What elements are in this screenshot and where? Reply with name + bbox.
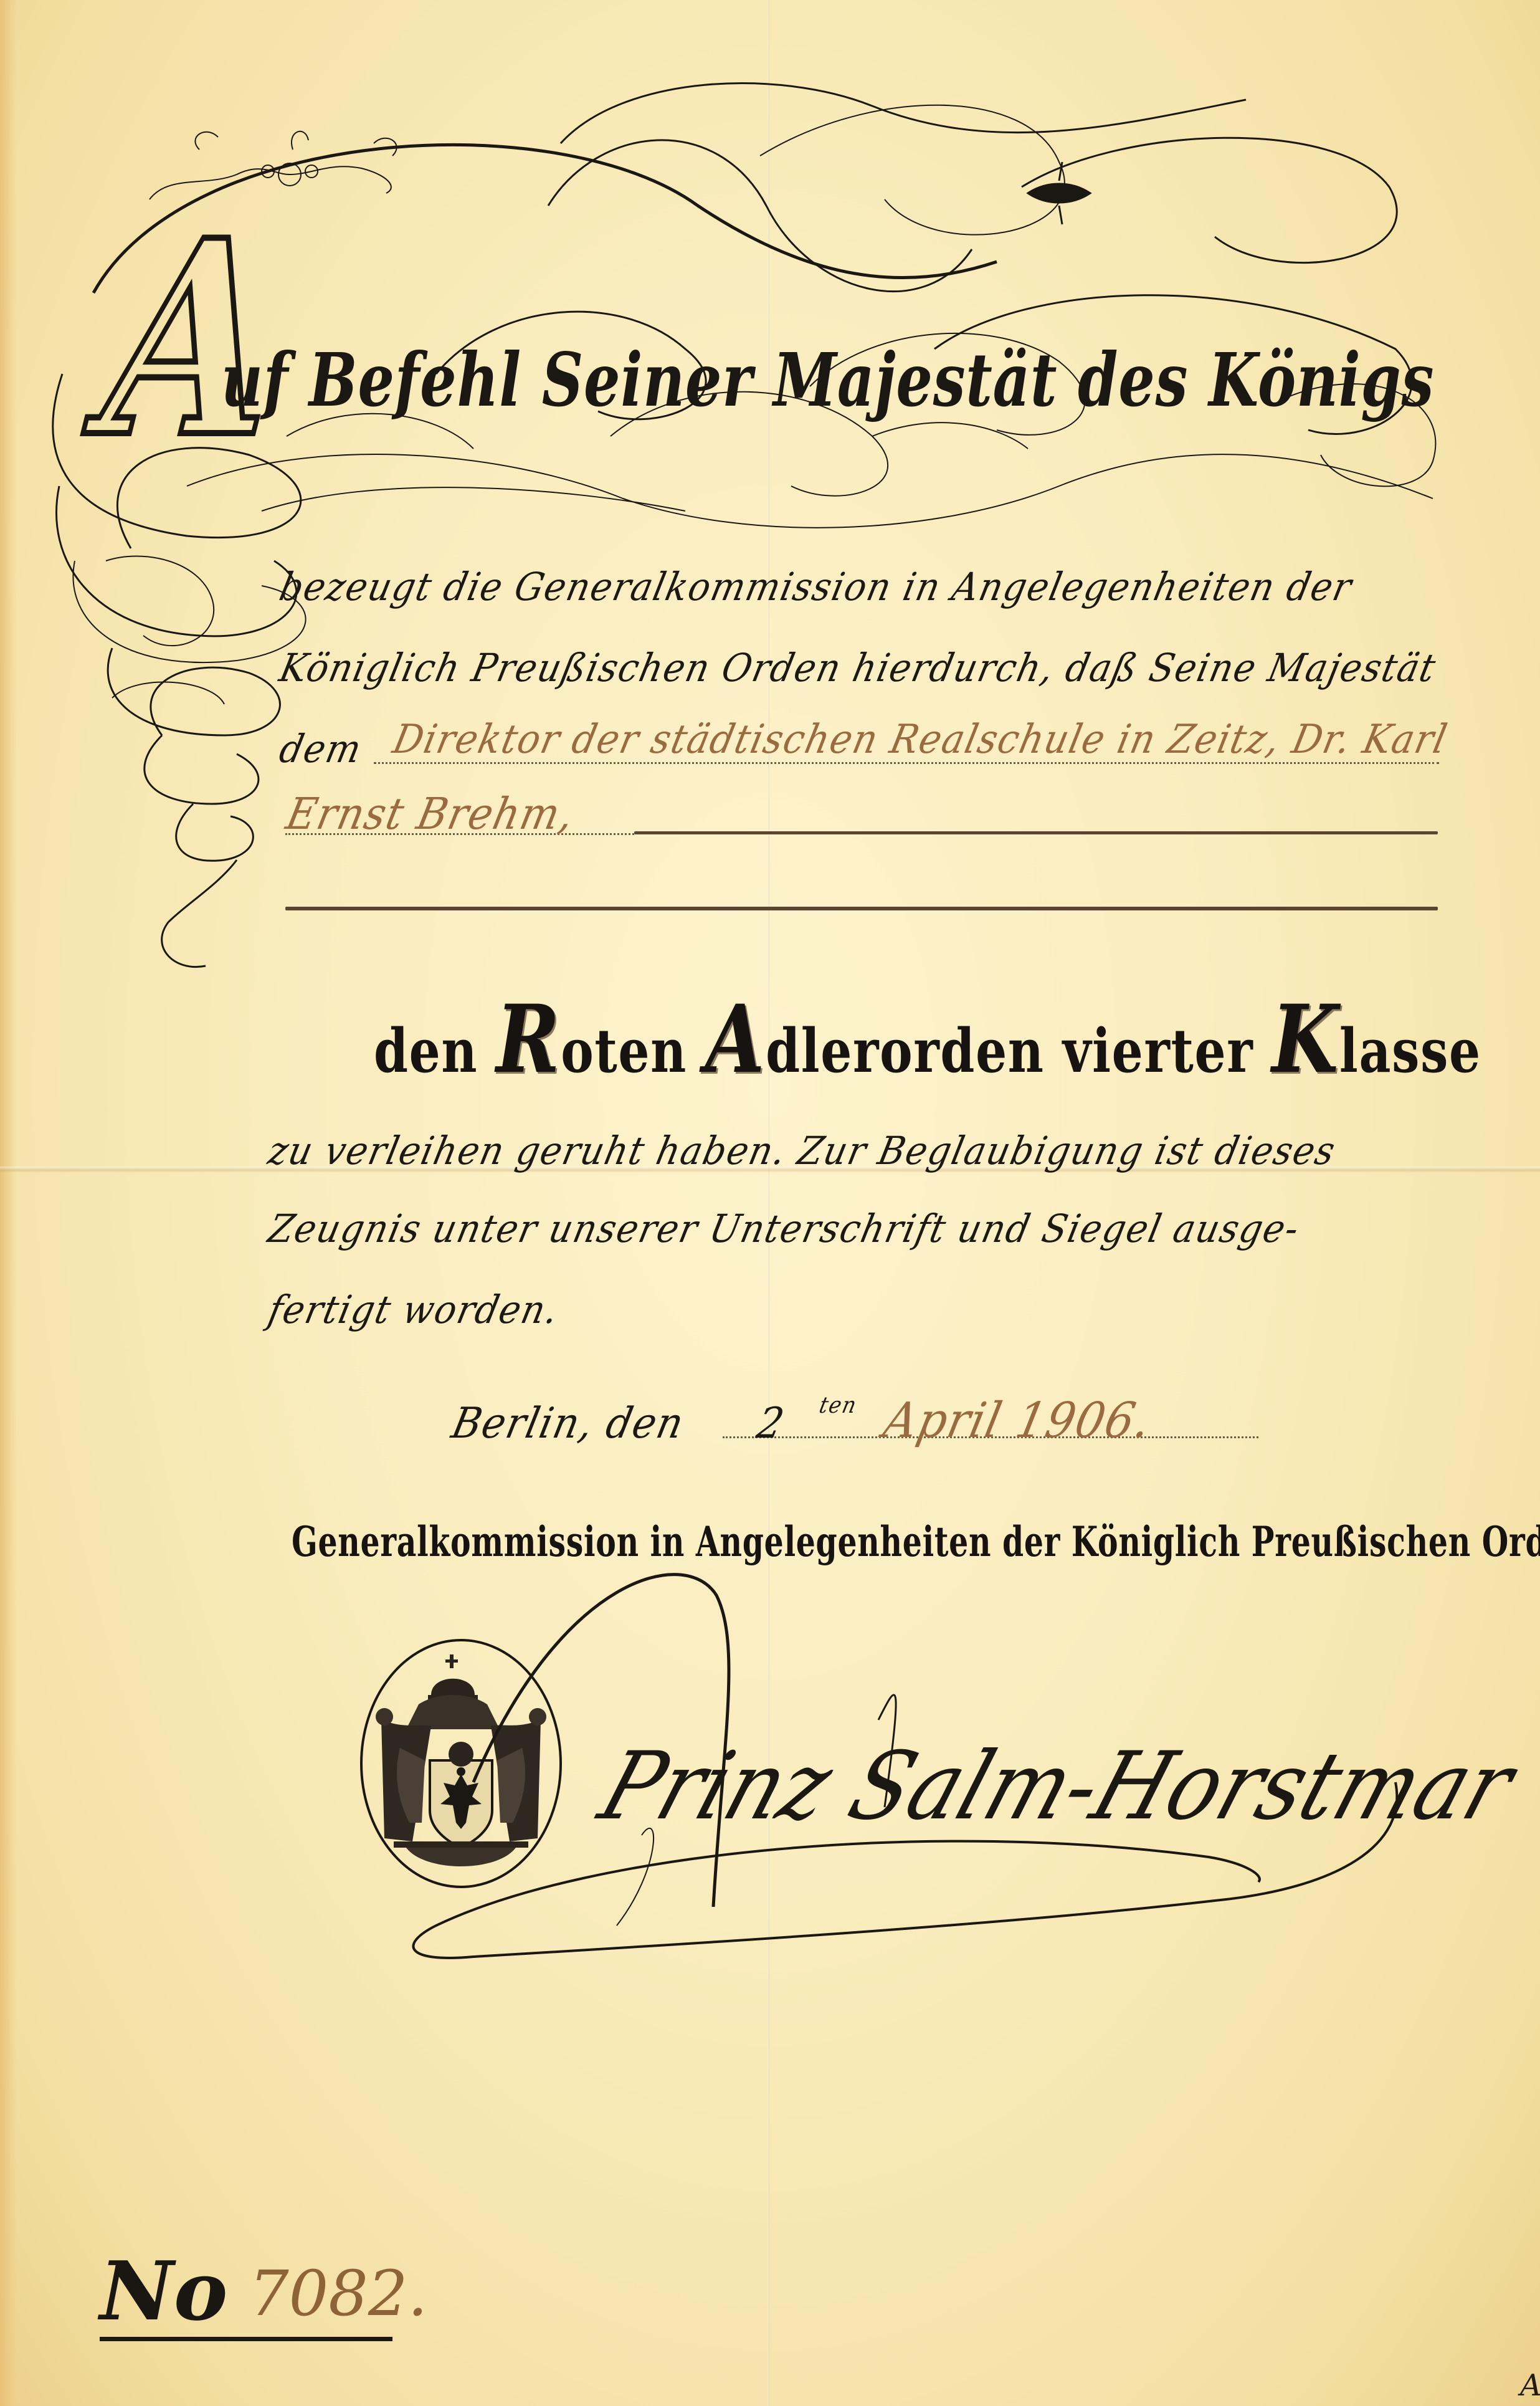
order-prefix: den bbox=[374, 1016, 478, 1086]
order-title: den Roten Adlerorden vierter Klasse bbox=[374, 985, 1481, 1094]
certificate-page: A uf Befehl Seiner Majestät des Königs b… bbox=[0, 0, 1540, 2406]
date-day: 2 bbox=[753, 1399, 789, 1448]
body-line-1: bezeugt die Generalkommission in Angeleg… bbox=[275, 564, 1356, 609]
order-cap-A: A bbox=[705, 985, 766, 1094]
coat-of-arms-seal bbox=[356, 1636, 566, 1891]
order-word-roten: oten bbox=[561, 1016, 687, 1086]
corner-mark: A bbox=[1520, 2368, 1540, 2403]
signature: Prinz Salm-Horstmar bbox=[587, 1732, 1526, 1841]
date-month-year: April 1906. bbox=[879, 1393, 1157, 1449]
leaf-ornament bbox=[1028, 162, 1090, 224]
order-word-vierter: vierter bbox=[1063, 1016, 1254, 1086]
order-cap-R: R bbox=[496, 985, 561, 1094]
date-day-suffix: ten bbox=[817, 1393, 859, 1418]
number-underline bbox=[100, 2337, 392, 2341]
body-line-3-prefix: dem bbox=[275, 726, 366, 771]
body-line-2: Königlich Preußischen Orden hierdurch, d… bbox=[275, 645, 1440, 690]
fill-rule-1 bbox=[634, 831, 1438, 834]
number-prefix: No bbox=[100, 2243, 228, 2339]
recipient-handwritten-line-2: Ernst Brehm, bbox=[282, 788, 579, 839]
number-value: 7082. bbox=[249, 2257, 427, 2330]
date-den: den bbox=[602, 1399, 689, 1448]
closing-line-1: zu verleihen geruht haben. Zur Beglaubig… bbox=[264, 1128, 1339, 1173]
date-place: Berlin, den bbox=[447, 1399, 688, 1448]
order-cap-K: K bbox=[1271, 985, 1339, 1094]
closing-line-3: fertigt worden. bbox=[264, 1287, 563, 1332]
order-word-adlerorden: dlerorden bbox=[766, 1016, 1045, 1086]
recipient-handwritten-line-1: Direktor der städtischen Realschule in Z… bbox=[389, 717, 1452, 763]
date-place-berlin: Berlin, bbox=[447, 1399, 599, 1448]
order-word-klasse: lasse bbox=[1339, 1016, 1481, 1086]
header-title: uf Befehl Seiner Majestät des Königs bbox=[221, 337, 1434, 423]
certificate-number: No 7082. bbox=[100, 2243, 411, 2331]
paper-edge-shadow bbox=[0, 0, 16, 2406]
issuing-commission: Generalkommission in Angelegenheiten der… bbox=[292, 1517, 1540, 1566]
closing-line-2: Zeugnis unter unserer Unterschrift und S… bbox=[264, 1206, 1303, 1251]
fill-rule-2 bbox=[285, 907, 1438, 910]
